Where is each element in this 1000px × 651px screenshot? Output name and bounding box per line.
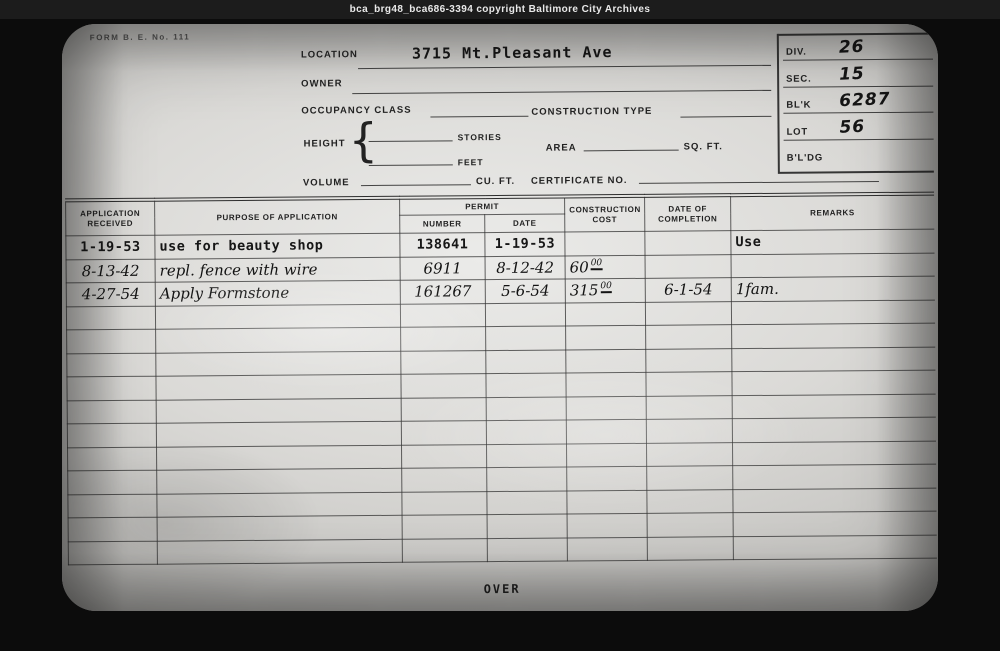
parcel-row-bldg: B'L'DG bbox=[780, 140, 934, 168]
div-value: 26 bbox=[838, 37, 865, 58]
over-label: OVER bbox=[64, 579, 938, 600]
cu-ft-label: CU. FT. bbox=[476, 176, 515, 187]
height-label: HEIGHT bbox=[304, 138, 346, 149]
cell-received: 4-27-54 bbox=[66, 282, 155, 306]
div-label: DIV. bbox=[786, 47, 807, 58]
permit-table: APPLICATION RECEIVED PURPOSE OF APPLICAT… bbox=[65, 192, 936, 566]
sec-label: SEC. bbox=[786, 73, 811, 84]
parcel-row-lot: LOT 56 bbox=[779, 114, 933, 142]
construction-line bbox=[680, 102, 771, 118]
cell-cost bbox=[565, 231, 645, 255]
col-header-application: APPLICATION RECEIVED bbox=[66, 200, 155, 236]
col-header-cost: CONSTRUCTION COST bbox=[565, 196, 645, 232]
feet-label: FEET bbox=[458, 157, 484, 167]
sec-value: 15 bbox=[839, 63, 866, 84]
cell-purpose: repl. fence with wire bbox=[155, 257, 400, 282]
permit-card: FORM B. E. No. 111 LOCATION 3715 Mt.Plea… bbox=[62, 24, 938, 611]
certificate-label: CERTIFICATE NO. bbox=[531, 175, 628, 187]
cell-permit-date: 5-6-54 bbox=[485, 279, 565, 303]
form-number: FORM B. E. No. 111 bbox=[90, 32, 190, 42]
bldg-label: B'L'DG bbox=[787, 152, 823, 163]
cell-cost: 6000 bbox=[565, 255, 645, 279]
col-header-completion: DATE OF COMPLETION bbox=[645, 195, 731, 231]
stories-line bbox=[369, 126, 453, 142]
parcel-box: DIV. 26 SEC. 15 BL'K 6287 LOT 56 B'L'DG bbox=[777, 33, 934, 174]
volume-label: VOLUME bbox=[303, 177, 350, 188]
owner-label: OWNER bbox=[301, 78, 343, 89]
col-header-permit: PERMIT bbox=[400, 196, 565, 215]
blk-value: 6287 bbox=[839, 89, 891, 111]
feet-line bbox=[369, 150, 453, 166]
parcel-row-div: DIV. 26 bbox=[779, 35, 933, 63]
cell-received: 8-13-42 bbox=[66, 259, 155, 283]
volume-line bbox=[361, 170, 471, 186]
parcel-row-sec: SEC. 15 bbox=[779, 61, 933, 89]
cell-permit-date: 1-19-53 bbox=[485, 232, 565, 256]
location-label: LOCATION bbox=[301, 49, 358, 60]
stories-label: STORIES bbox=[458, 132, 502, 142]
cell-remarks: Use bbox=[731, 229, 934, 254]
cell-permit-number: 138641 bbox=[400, 233, 485, 257]
area-line bbox=[584, 136, 679, 152]
col-header-purpose: PURPOSE OF APPLICATION bbox=[155, 198, 400, 235]
owner-line bbox=[352, 76, 771, 94]
lot-label: LOT bbox=[787, 126, 808, 137]
occupancy-line bbox=[430, 102, 528, 118]
permit-table-body: 1-19-53 use for beauty shop 138641 1-19-… bbox=[66, 229, 937, 565]
card-content: FORM B. E. No. 111 LOCATION 3715 Mt.Plea… bbox=[62, 24, 938, 611]
location-line bbox=[358, 50, 771, 69]
cell-completion bbox=[645, 231, 731, 255]
cell-permit-number: 161267 bbox=[400, 280, 485, 304]
cell-purpose: use for beauty shop bbox=[155, 233, 400, 258]
cell-permit-date: 8-12-42 bbox=[485, 255, 565, 279]
cell-received: 1-19-53 bbox=[66, 235, 155, 259]
col-header-number: NUMBER bbox=[400, 215, 485, 234]
cell-completion bbox=[645, 254, 731, 278]
archive-caption: bca_brg48_bca686-3394 copyright Baltimor… bbox=[0, 0, 1000, 19]
cell-remarks: 1fam. bbox=[731, 276, 934, 301]
cell-cost: 31500 bbox=[565, 278, 645, 302]
cell-purpose: Apply Formstone bbox=[155, 280, 400, 305]
col-header-date: DATE bbox=[485, 214, 565, 233]
cell-completion: 6-1-54 bbox=[645, 278, 731, 302]
construction-type-label: CONSTRUCTION TYPE bbox=[531, 106, 652, 118]
parcel-row-blk: BL'K 6287 bbox=[779, 87, 933, 115]
blk-label: BL'K bbox=[786, 100, 811, 111]
sq-ft-label: SQ. FT. bbox=[684, 141, 723, 152]
cell-remarks bbox=[731, 253, 934, 278]
lot-value: 56 bbox=[839, 116, 866, 137]
cost-cents: 00 bbox=[600, 281, 612, 293]
col-header-remarks: REMARKS bbox=[731, 194, 934, 231]
area-label: AREA bbox=[546, 142, 577, 153]
cell-permit-number: 6911 bbox=[400, 256, 485, 280]
cost-cents: 00 bbox=[591, 258, 603, 270]
